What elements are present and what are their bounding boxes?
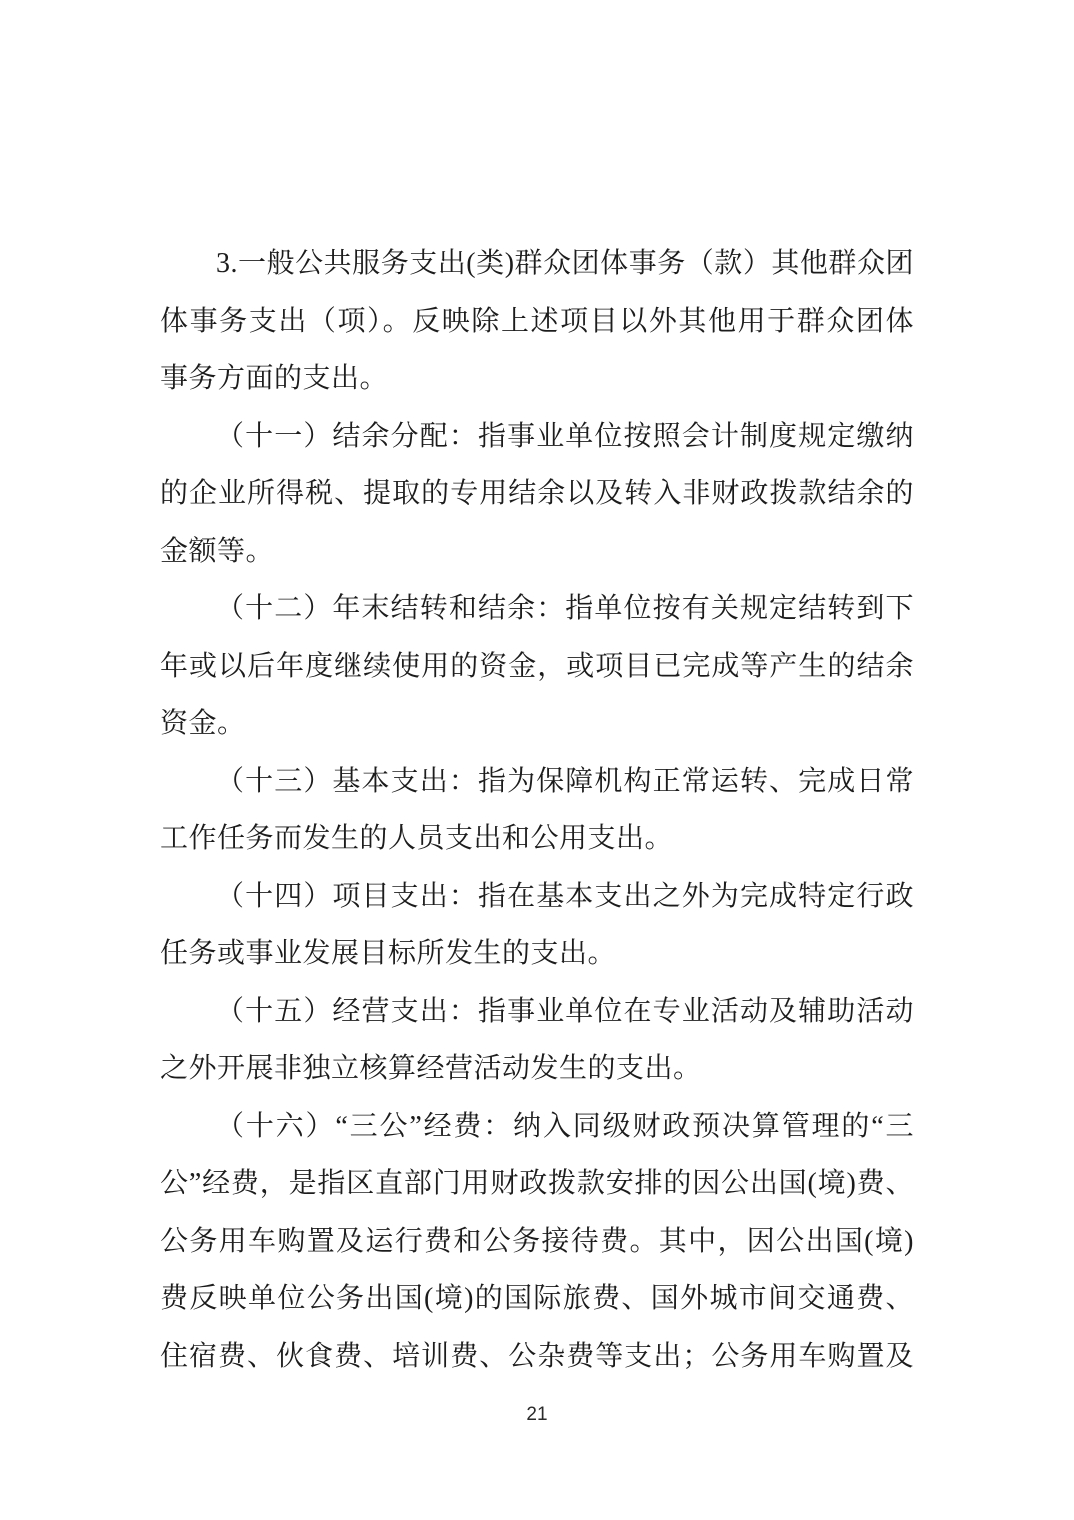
paragraph: （十二）年末结转和结余：指单位按有关规定结转到下年或以后年度继续使用的资金，或项… <box>160 580 914 753</box>
page-number: 21 <box>0 1404 1074 1426</box>
text-line: （十三）基本支出：指为保障机构正常运转、完成日常 <box>160 753 914 811</box>
text-block: 3.一般公共服务支出(类)群众团体事务（款）其他群众团体事务支出（项）。反映除上… <box>160 235 914 1385</box>
text-line: 费反映单位公务出国(境)的国际旅费、国外城市间交通费、 <box>160 1270 914 1328</box>
text-line: 事务方面的支出。 <box>160 350 914 408</box>
text-line: 住宿费、伙食费、培训费、公杂费等支出；公务用车购置及 <box>160 1328 914 1386</box>
text-line: （十一）结余分配：指事业单位按照会计制度规定缴纳 <box>160 408 914 466</box>
text-line: 金额等。 <box>160 523 914 581</box>
text-line: （十四）项目支出：指在基本支出之外为完成特定行政 <box>160 868 914 926</box>
text-line: 任务或事业发展目标所发生的支出。 <box>160 925 914 983</box>
text-line: （十六）“三公”经费：纳入同级财政预决算管理的“三 <box>160 1098 914 1156</box>
text-line: 3.一般公共服务支出(类)群众团体事务（款）其他群众团 <box>160 235 914 293</box>
text-line: 的企业所得税、提取的专用结余以及转入非财政拨款结余的 <box>160 465 914 523</box>
document-page: 3.一般公共服务支出(类)群众团体事务（款）其他群众团体事务支出（项）。反映除上… <box>0 0 1074 1520</box>
text-line: 年或以后年度继续使用的资金，或项目已完成等产生的结余 <box>160 638 914 696</box>
paragraph: （十六）“三公”经费：纳入同级财政预决算管理的“三公”经费，是指区直部门用财政拨… <box>160 1098 914 1386</box>
text-line: 公务用车购置及运行费和公务接待费。其中，因公出国(境) <box>160 1213 914 1271</box>
paragraph: （十五）经营支出：指事业单位在专业活动及辅助活动之外开展非独立核算经营活动发生的… <box>160 983 914 1098</box>
text-line: （十五）经营支出：指事业单位在专业活动及辅助活动 <box>160 983 914 1041</box>
paragraph: （十三）基本支出：指为保障机构正常运转、完成日常工作任务而发生的人员支出和公用支… <box>160 753 914 868</box>
paragraph: （十四）项目支出：指在基本支出之外为完成特定行政任务或事业发展目标所发生的支出。 <box>160 868 914 983</box>
text-line: 资金。 <box>160 695 914 753</box>
text-line: 之外开展非独立核算经营活动发生的支出。 <box>160 1040 914 1098</box>
text-line: 体事务支出（项）。反映除上述项目以外其他用于群众团体 <box>160 293 914 351</box>
text-line: 工作任务而发生的人员支出和公用支出。 <box>160 810 914 868</box>
text-line: 公”经费，是指区直部门用财政拨款安排的因公出国(境)费、 <box>160 1155 914 1213</box>
paragraph: 3.一般公共服务支出(类)群众团体事务（款）其他群众团体事务支出（项）。反映除上… <box>160 235 914 408</box>
text-line: （十二）年末结转和结余：指单位按有关规定结转到下 <box>160 580 914 638</box>
paragraph: （十一）结余分配：指事业单位按照会计制度规定缴纳的企业所得税、提取的专用结余以及… <box>160 408 914 581</box>
